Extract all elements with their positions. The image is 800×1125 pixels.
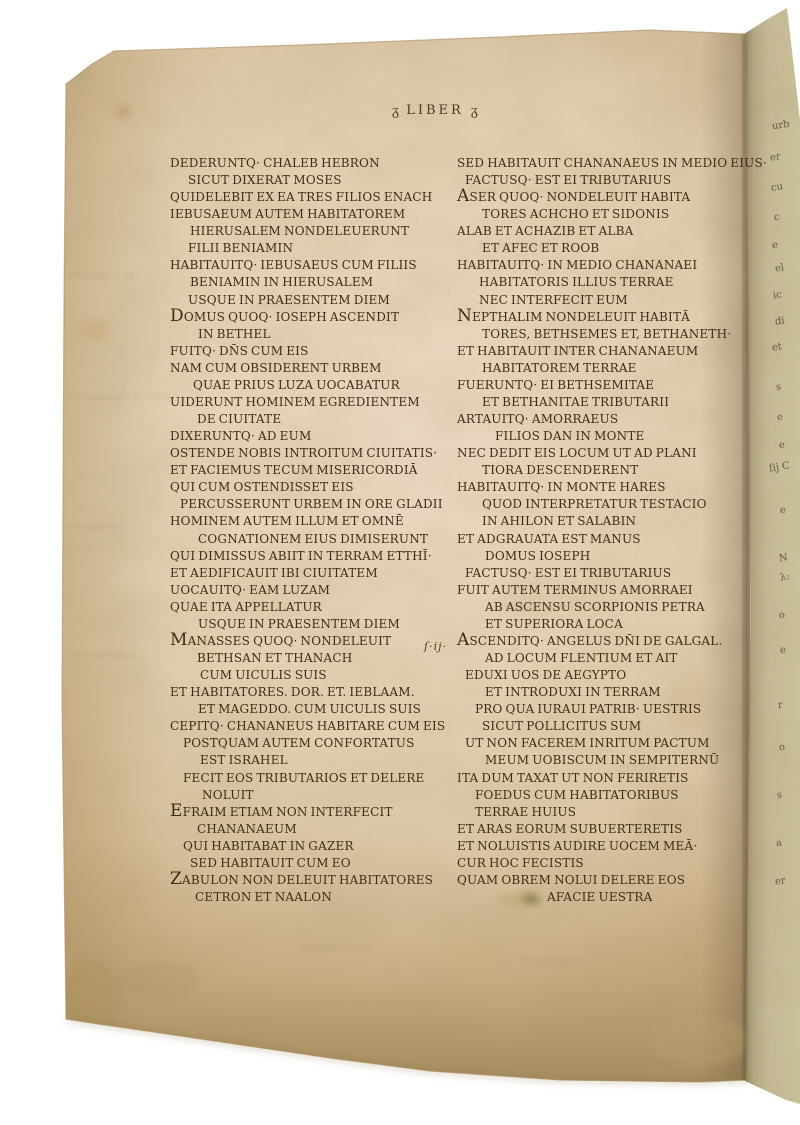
enlarged-initial: A	[457, 630, 469, 650]
manuscript-line: DEDERUNTQ· CHALEB HEBRON	[170, 156, 380, 170]
manuscript-line: FACTUSQ· EST EI TRIBUTARIUS	[465, 173, 671, 187]
manuscript-line: ET INTRODUXI IN TERRAM	[485, 685, 661, 699]
manuscript-line: HIERUSALEM NONDELEUERUNT	[190, 224, 409, 238]
manuscript-line: CETRON ET NAALON	[195, 890, 332, 904]
manuscript-line: SICUT POLLICITUS SUM	[482, 719, 641, 733]
manuscript-line: QUI DIMISSUS ABIIT IN TERRAM ETTHĪ·	[170, 549, 432, 563]
manuscript-line: ET BETHANITAE TRIBUTARII	[482, 395, 669, 409]
manuscript-line: MEUM UOBISCUM IN SEMPITERNŪ	[485, 753, 719, 767]
manuscript-line: COGNATIONEM EIUS DIMISERUNT	[198, 532, 428, 546]
manuscript-line: FILII BENIAMIN	[188, 241, 293, 255]
title-flourish-icon: ᵹ	[471, 101, 478, 120]
manuscript-line: ARTAUITQ· AMORRAEUS	[457, 412, 618, 426]
enlarged-initial: A	[457, 186, 469, 206]
manuscript-line: HOMINEM AUTEM ILLUM ET OMNĒ	[170, 514, 404, 528]
next-folio-letter-fragment: ic	[772, 289, 782, 301]
manuscript-line: DOMUS IOSEPH	[485, 549, 590, 563]
next-folio-letter-fragment: N	[778, 552, 788, 564]
enlarged-initial: M	[170, 630, 188, 650]
manuscript-line: MANASSES QUOQ· NONDELEUIT	[170, 634, 391, 648]
manuscript-line: HABITATORIS ILLIUS TERRAE	[479, 275, 674, 289]
manuscript-line: TERRAE HUIUS	[475, 805, 576, 819]
manuscript-line: ET HABITATORES. DOR. ET. IEBLAAM.	[170, 685, 415, 699]
manuscript-line: FECIT EOS TRIBUTARIOS ET DELERE	[183, 771, 425, 785]
manuscript-line: ET HABITAUIT INTER CHANANAEUM	[457, 344, 698, 358]
stain	[81, 320, 109, 340]
manuscript-line: ET SUPERIORA LOCA	[485, 617, 623, 631]
manuscript-line: FUIT AUTEM TERMINUS AMORRAEI	[457, 583, 693, 597]
manuscript-line: ALAB ET ACHAZIB ET ALBA	[457, 224, 634, 238]
manuscript-line: USQUE IN PRAESENTEM DIEM	[198, 617, 400, 631]
enlarged-initial: E	[170, 801, 183, 821]
manuscript-line: HABITAUITQ· IN MONTE HARES	[457, 480, 666, 494]
manuscript-line: QUI CUM OSTENDISSET EIS	[170, 480, 354, 494]
manuscript-line: IN BETHEL	[198, 327, 271, 341]
manuscript-line: POSTQUAM AUTEM CONFORTATUS	[183, 736, 415, 750]
manuscript-line: QUAE ITA APPELLATUR	[170, 600, 322, 614]
title-flourish-icon: ᵹ	[392, 101, 399, 120]
next-folio-letter-fragment: di	[774, 315, 785, 327]
manuscript-line: NAM CUM OBSIDERENT URBEM	[170, 361, 382, 375]
enlarged-initial: Z	[170, 869, 182, 889]
manuscript-line: NOLUIT	[202, 788, 254, 802]
manuscript-line: FOEDUS CUM HABITATORIBUS	[475, 788, 679, 802]
marginal-chapter-mark: ſ·ij·	[424, 640, 447, 653]
next-folio-letter-fragment: λ:	[779, 571, 790, 583]
manuscript-line: HABITATOREM TERRAE	[482, 361, 637, 375]
manuscript-line: BETHSAN ET THANACH	[197, 651, 352, 665]
next-folio-letter-fragment: er	[774, 875, 786, 888]
manuscript-line: TORES ACHCHO ET SIDONIS	[482, 207, 669, 221]
manuscript-photo: ᵹ LIBER ᵹ ſ·ij· DEDERUNTQ· CHALEB HEBRON…	[0, 0, 800, 1125]
manuscript-line: ITA DUM TAXAT UT NON FERIRETIS	[457, 771, 689, 785]
manuscript-line: ET MAGEDDO. CUM UICULIS SUIS	[198, 702, 421, 716]
manuscript-line: FUERUNTQ· EI BETHSEMITAE	[457, 378, 654, 392]
manuscript-line: UOCAUITQ· EAM LUZAM	[170, 583, 330, 597]
next-folio-letter-fragment: c	[773, 212, 780, 224]
next-folio-letter-fragment: er	[769, 151, 781, 164]
manuscript-line: QUAM OBREM NOLUI DELERE EOS	[457, 873, 685, 887]
manuscript-line: CUR HOC FECISTIS	[457, 856, 584, 870]
manuscript-line: ASCENDITQ· ANGELUS DN̄I DE GALGAL.	[457, 634, 722, 648]
manuscript-line: AD LOCUM FLENTIUM ET AIT	[485, 651, 678, 665]
manuscript-line: HABITAUITQ· IN MEDIO CHANANAEI	[457, 258, 697, 272]
manuscript-line: NEC INTERFECIT EUM	[479, 293, 628, 307]
manuscript-line: OSTENDE NOBIS INTROITUM CIUITATIS·	[170, 446, 437, 460]
manuscript-line: FACTUSQ· EST EI TRIBUTARIUS	[465, 566, 671, 580]
manuscript-line: ET ADGRAUATA EST MANUS	[457, 532, 641, 546]
manuscript-line: SICUT DIXERAT MOSES	[188, 173, 342, 187]
stain	[436, 942, 504, 978]
manuscript-line: DIXERUNTQ· AD EUM	[170, 429, 311, 443]
manuscript-line: AB ASCENSU SCORPIONIS PETRA	[485, 600, 705, 614]
stain	[60, 960, 120, 1040]
manuscript-line: HABITAUITQ· IEBUSAEUS CUM FILIIS	[170, 258, 417, 272]
manuscript-line: PERCUSSERUNT URBEM IN ORE GLADII	[180, 497, 443, 511]
stain	[116, 107, 130, 117]
manuscript-line: CEPITQ· CHANANEUS HABITARE CUM EIS	[170, 719, 445, 733]
manuscript-line: PRO QUA IURAUI PATRIB· UESTRIS	[475, 702, 701, 716]
manuscript-line: UT NON FACEREM INRITUM PACTUM	[465, 736, 710, 750]
manuscript-line: ASER QUOQ· NONDELEUIT HABITA	[457, 190, 690, 204]
stain	[670, 670, 710, 730]
manuscript-line: USQUE IN PRAESENTEM DIEM	[188, 293, 390, 307]
manuscript-line: SED HABITAUIT CHANANAEUS IN MEDIO EIUS·	[457, 156, 767, 170]
manuscript-line: CHANANAEUM	[197, 822, 297, 836]
next-folio-letter-fragment: cu	[770, 181, 784, 194]
manuscript-line: EST ISRAHEL	[200, 753, 288, 767]
manuscript-line: FUITQ· DN̄S CUM EIS	[170, 344, 309, 358]
manuscript-line: ET FACIEMUS TECUM MISERICORDIĀ	[170, 463, 418, 477]
manuscript-line: NEC DEDIT EIS LOCUM UT AD PLANI	[457, 446, 697, 460]
manuscript-line: AFACIE UESTRA	[547, 890, 653, 904]
next-folio-letter-fragment: el	[774, 262, 785, 274]
page-title: LIBER	[406, 103, 464, 118]
next-folio-letter-fragment: et	[771, 341, 783, 353]
manuscript-line: DOMUS QUOQ· IOSEPH ASCENDIT	[170, 310, 399, 324]
manuscript-line: UIDERUNT HOMINEM EGREDIENTEM	[170, 395, 420, 409]
manuscript-line: QUI HABITABAT IN GAZER	[183, 839, 354, 853]
manuscript-line: IN AHILON ET SALABIN	[482, 514, 636, 528]
manuscript-line: TIORA DESCENDERENT	[482, 463, 638, 477]
manuscript-line: NEPTHALIM NONDELEUIT HABITĀ	[457, 310, 690, 324]
manuscript-line: ET AFEC ET ROOB	[482, 241, 599, 255]
manuscript-line: SED HABITAUIT CUM EO	[190, 856, 351, 870]
stain	[496, 893, 532, 907]
manuscript-line: ET NOLUISTIS AUDIRE UOCEM MEĀ·	[457, 839, 697, 853]
manuscript-line: CUM UICULIS SUIS	[200, 668, 327, 682]
enlarged-initial: D	[170, 306, 184, 326]
stain	[120, 960, 200, 1000]
enlarged-initial: N	[457, 306, 472, 326]
manuscript-line: FILIOS DAN IN MONTE	[495, 429, 645, 443]
manuscript-line: ZABULON NON DELEUIT HABITATORES	[170, 873, 433, 887]
manuscript-line: IEBUSAEUM AUTEM HABITATOREM	[170, 207, 405, 221]
stain	[650, 1015, 750, 1065]
manuscript-line: QUOD INTERPRETATUR TESTACIO	[482, 497, 707, 511]
manuscript-line: TORES, BETHSEMES ET, BETHANETH·	[482, 327, 731, 341]
manuscript-line: DE CIUITATE	[197, 412, 281, 426]
manuscript-line: ET AEDIFICAUIT IBI CIUITATEM	[170, 566, 378, 580]
manuscript-line: ET ARAS EORUM SUBUERTERETIS	[457, 822, 683, 836]
manuscript-line: QUAE PRIUS LUZA UOCABATUR	[193, 378, 400, 392]
manuscript-line: EDUXI UOS DE AEGYPTO	[465, 668, 626, 682]
manuscript-line: QUIDELEBIT EX EA TRES FILIOS ENACH	[170, 190, 432, 204]
running-title: ᵹ LIBER ᵹ	[392, 101, 478, 120]
manuscript-line: EFRAIM ETIAM NON INTERFECIT	[170, 805, 393, 819]
manuscript-line: BENIAMIN IN HIERUSALEM	[190, 275, 373, 289]
